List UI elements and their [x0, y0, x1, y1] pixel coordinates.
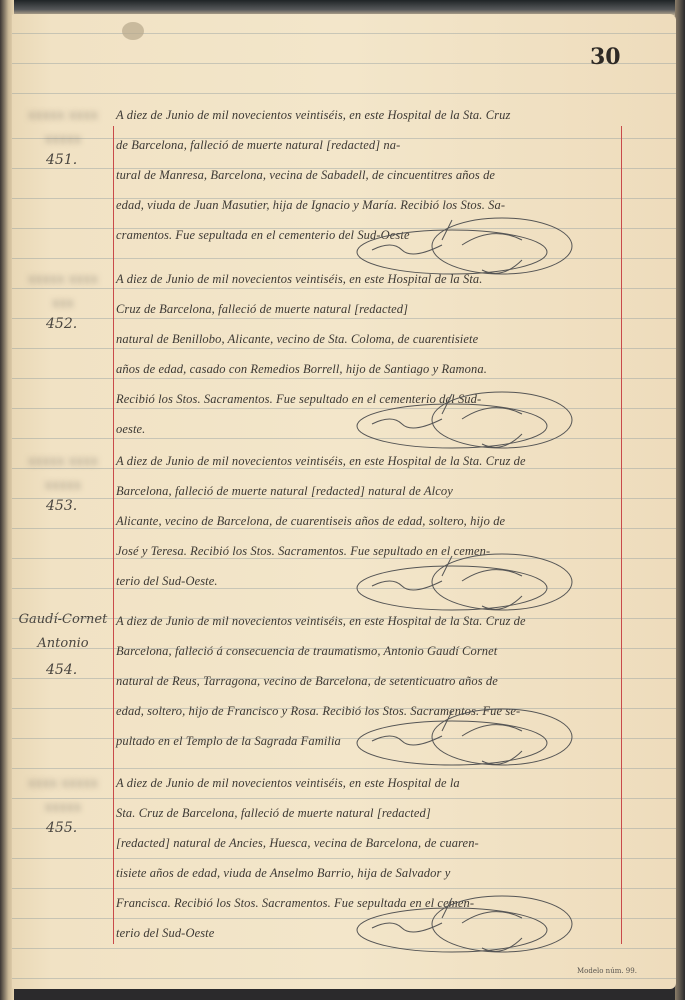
- entry-line: Barcelona, falleció á consecuencia de tr…: [116, 636, 616, 666]
- entry-name-redacted: xxxxx xxxxxxx: [16, 268, 110, 316]
- entry-line: A diez de Junio de mil novecientos veint…: [116, 768, 616, 798]
- entry-line: Cruz de Barcelona, falleció de muerte na…: [116, 294, 616, 324]
- left-margin-rule: [113, 126, 114, 944]
- entry-number: 452.: [46, 316, 77, 332]
- entry-name-redacted: xxxxx xxxxxxxxx: [16, 450, 110, 498]
- right-margin-rule: [621, 126, 622, 944]
- entry-line: A diez de Junio de mil novecientos veint…: [116, 100, 616, 130]
- entry-line: tural de Manresa, Barcelona, vecina de S…: [116, 160, 616, 190]
- entry-number: 455.: [46, 820, 77, 836]
- book-right-edge: [675, 0, 685, 1000]
- entry-name-redacted: xxxxx xxxxxxxxx: [16, 104, 110, 152]
- entry-line: A diez de Junio de mil novecientos veint…: [116, 606, 616, 636]
- entry-number: 451.: [46, 152, 77, 168]
- entry-line: natural de Benillobo, Alicante, vecino d…: [116, 324, 616, 354]
- entry-number: 453.: [46, 498, 77, 514]
- entry-number: 454.: [46, 662, 77, 678]
- entry-name: Gaudí-Cornet Antonio: [16, 608, 110, 656]
- entry-line: Sta. Cruz de Barcelona, falleció de muer…: [116, 798, 616, 828]
- entry-line: Alicante, vecino de Barcelona, de cuaren…: [116, 506, 616, 536]
- register-page: 30 xxxxx xxxxxxxxx 451. A diez de Junio …: [12, 14, 676, 989]
- signature: [342, 888, 602, 968]
- entry-line: A diez de Junio de mil novecientos veint…: [116, 446, 616, 476]
- entry-name-redacted: xxxx xxxxxxxxxx: [16, 772, 110, 820]
- entry-line: [redacted] natural de Ancies, Huesca, ve…: [116, 828, 616, 858]
- entry-line: tisiete años de edad, viuda de Anselmo B…: [116, 858, 616, 888]
- entry-line: años de edad, casado con Remedios Borrel…: [116, 354, 616, 384]
- entry-line: de Barcelona, falleció de muerte natural…: [116, 130, 616, 160]
- form-model-number: Modelo núm. 99.: [577, 967, 637, 975]
- entry-line: A diez de Junio de mil novecientos veint…: [116, 264, 616, 294]
- page-number: 30: [590, 44, 621, 70]
- entry-line: Barcelona, falleció de muerte natural [r…: [116, 476, 616, 506]
- entry-line: natural de Reus, Tarragona, vecino de Ba…: [116, 666, 616, 696]
- ink-stain: [122, 22, 144, 40]
